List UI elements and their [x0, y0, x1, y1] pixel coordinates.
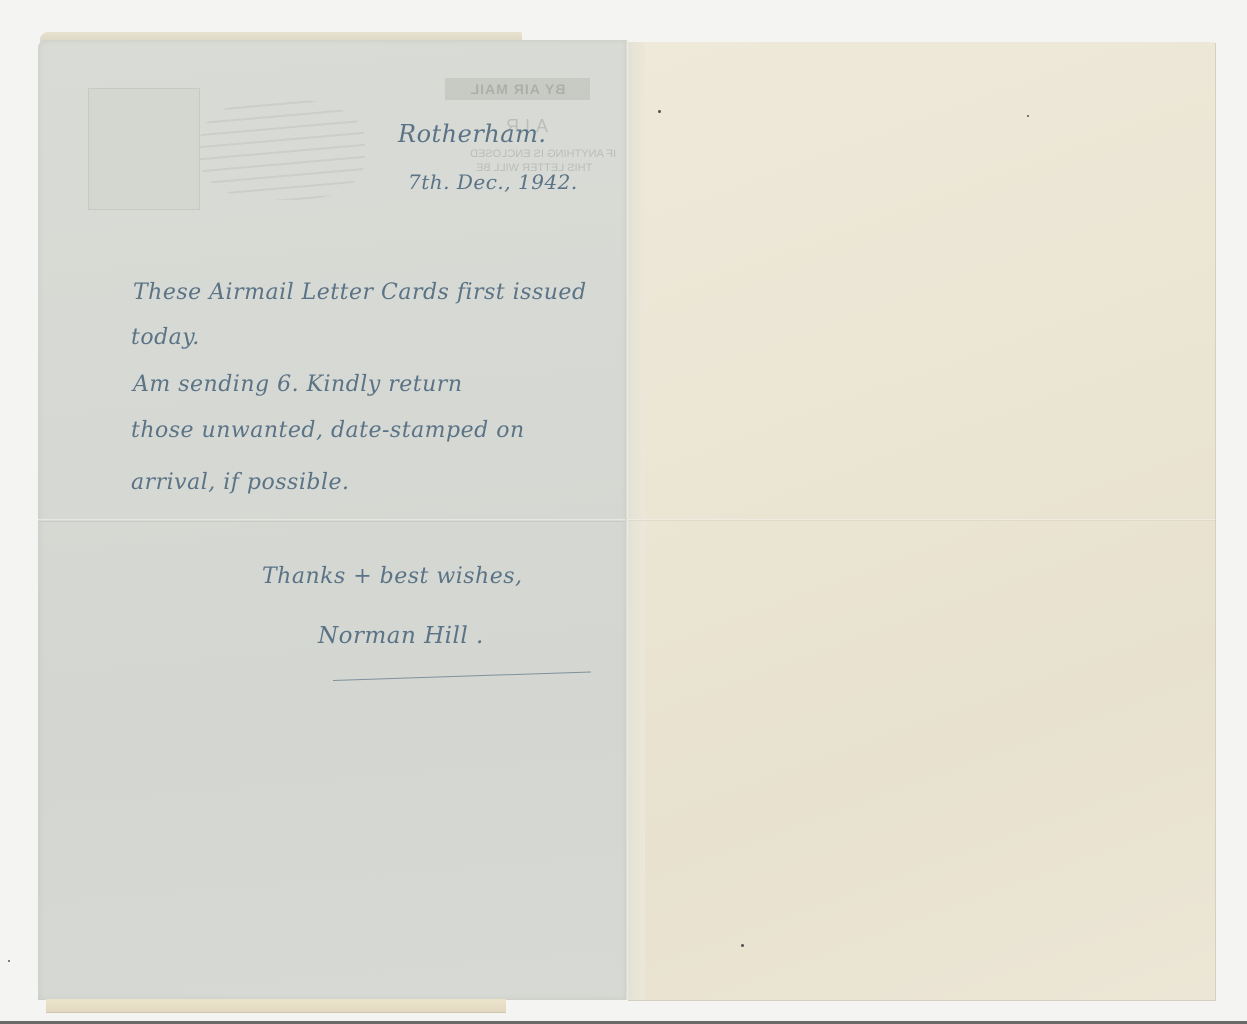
paper-speck	[1027, 115, 1029, 117]
fine-print-line-1: IF ANYTHING IS ENCLOSED	[470, 148, 616, 160]
letter-body-line-2: today.	[131, 325, 200, 350]
letter-body-line-5: arrival, if possible.	[131, 470, 350, 495]
letter-closing: Thanks + best wishes,	[262, 564, 523, 589]
letter-place: Rotherham.	[398, 120, 546, 148]
paper-speck	[658, 110, 661, 113]
bottom-flap-strip	[46, 999, 506, 1013]
letter-body-line-3: Am sending 6. Kindly return	[133, 372, 462, 397]
postmark-wavy-lines-show-through	[200, 100, 365, 200]
letter-body-line-4: those unwanted, date-stamped on	[131, 418, 525, 443]
paper-speck	[741, 944, 744, 947]
vertical-fold	[625, 40, 628, 1000]
horizontal-fold-right	[627, 519, 1215, 521]
airmail-label-show-through: BY AIR MAIL	[445, 78, 590, 100]
letter-signature: Norman Hill .	[318, 623, 484, 649]
horizontal-fold-left	[38, 519, 627, 522]
letter-body-line-1: These Airmail Letter Cards first issued	[133, 280, 587, 305]
paper-speck	[8, 960, 10, 962]
letter-card-right-panel	[627, 42, 1215, 1000]
letter-date: 7th. Dec., 1942.	[408, 170, 578, 194]
stamp-show-through	[88, 88, 200, 210]
